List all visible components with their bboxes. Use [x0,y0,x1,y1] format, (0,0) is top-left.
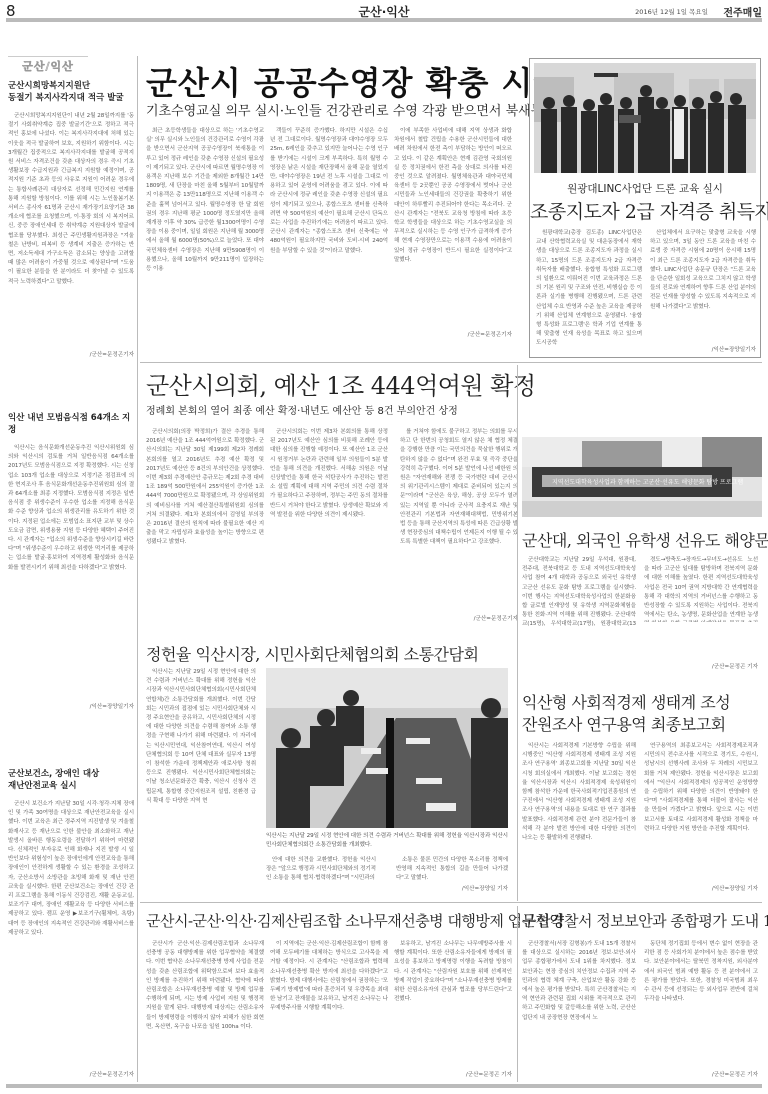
mayor-headline: 정헌율 익산시장, 시민사회단체협의회 소통간담회 [146,642,478,665]
pine-byline: /군산=문정곤 기자 [394,1070,512,1078]
headline: 군산시희망복지지원단 [8,80,134,92]
mayor-body-col-1: 익산시는 지난달 29일 시정 현안에 대한 의견 수렴과 거버넌스 확대를 위… [146,668,256,846]
pine-body-col-1: 군산시가 군산·익산·김제산림조합과 소나무재선충병 공동 대행방제를 위한 업… [146,940,264,1078]
lead-byline: /군산=문정곤기자 [394,330,512,338]
meeting-photo-caption: 익산시는 지난달 29일 시정 현안에 대한 의견 수렴과 거버넌스 확대를 위… [266,832,508,850]
council-body-col-2: 군산시의회는 이번 제3차 본회의를 통해 상정된 2017년도 예산안 심의를… [270,428,388,624]
headline: 익산 내년 모범음식점 64개소 지정 [8,412,134,436]
sidebar-article-disability: 군산보건소, 장애인 대상 재난안전교육 실시 군산시 보건소가 지난달 30일… [8,768,134,1078]
article-body: 익산시는 음식문화개선운동추진 익산시위원회 심의와 익산시의 검토를 거쳐 일… [8,444,134,702]
mayor-body-col-3: 소통은 물론 민간의 다양한 목소리를 정책에 반영해 지속적인 통합의 길을 … [396,856,508,884]
section-brand: 군산/익산 [8,56,88,72]
drone-kicker: 원광대LINC사업단 드론 교육 실시 [530,181,760,196]
mayor-body-col-2: 안에 대한 의견을 교환했다. 정헌율 익산시장은 "앞으로 행정과 시민사회단… [266,856,376,890]
drone-body-col-1: 원광대학교(총장 김도종) LINC사업단은 교내 산학협력교육실 및 대운동장… [536,229,642,349]
social-econ-body-col-2: 연구용역의 최종보고서는 사회적경제조직과 시민의식 전수조사를 시작으로 경기… [644,742,758,882]
police-byline: /군산=문정곤 기자 [644,1070,758,1078]
sidebar-article-restaurant: 익산 내년 모범음식점 64개소 지정 익산시는 음식문화개선운동추진 익산시위… [8,412,134,710]
drone-group-photo [534,63,756,173]
byline: /익산=장양일기자 [8,702,134,710]
column-divider [137,56,138,1082]
lead-body-col-2: 객들이 꾸준히 증가했다. 하지만 시설은 수십 년 전 그대로이다. 월명수영… [270,127,388,339]
drone-byline: /익산=장양일기자 [650,345,756,353]
byline: /군산=문정곤기자 [8,1070,134,1078]
police-body-col-1: 군산경찰서(서장 김형봉)가 도내 15개 경찰서를 대상으로 실시하는 201… [522,940,636,1078]
pine-body-col-2: 이 지역에는 군산·익산·김제산림조합이 함께 참여해 모두베기를 대체하는 방… [270,940,388,1078]
police-body-col-2: 동단체 정기집회 등에서 변수 없이 현장을 관리한 점 등 사회가치 분야에서… [644,940,758,1068]
bottom-rule [6,1084,762,1088]
top-rule [6,18,762,22]
exchange-body-col-2: 경도→방축도→장자도→무녀도→선유도 노선을 따라 고군산 일대를 탐방하며 전… [644,556,758,622]
section-divider [140,362,762,363]
article-body: 군산시 보건소가 지난달 30일 시각·청각·지체 장애인 및 가족 30여명을… [8,800,134,1070]
pine-headline: 군산시-군산·익산·김제산림조합 소나무재선충병 대행방제 업무협약 [146,910,564,931]
meeting-photo [266,668,508,828]
headline: 재난안전교육 실시 [8,780,134,792]
column-divider [517,365,518,901]
social-econ-byline: /익산=장양일 기자 [644,884,758,892]
sidebar-article-welfare: 군산시희망복지지원단 동절기 복지사각지대 적극 발굴 군산시희망복지지원단이 … [8,80,134,358]
social-econ-body-col-1: 익산시는 사회적경제 기본방향 수립을 위해 시행중인 '익산형 사회적경제 생… [522,742,636,892]
headline: 군산보건소, 장애인 대상 [8,768,134,780]
lead-headline: 군산시 공공수영장 확충 시급 [146,58,565,104]
lead-body-col-3: 이에 부족한 사업비에 대해 지역 상생과 화합 차원에서 철탑 건립을 수용한… [394,127,512,329]
council-byline: /군산=문정곤기자 [400,614,518,622]
byline: /군산=문정곤기자 [8,350,134,358]
council-body-col-1: 군산시의회(의장 박정희)가 결산 추경을 통해 2016년 예산을 1조 44… [146,428,264,624]
svg-text:지역선도대학육성사업과 함께하는 고군산·선유도 해양문화: 지역선도대학육성사업과 함께하는 고군산·선유도 해양문화 탐방 프로그램 [552,478,743,486]
drone-article-box: 원광대LINC사업단 드론 교육 실시 조종지도자 2급 자격증 취득자 15명… [529,58,761,358]
drone-body-col-2: 산업체에서 요구하는 맞춤형 교육을 시행하고 있으며, 3일 동안 드론 교육… [650,229,756,339]
social-econ-headline-1: 익산형 사회적경제 생태계 조성 [522,690,730,713]
article-body: 군산시희망복지지원단이 내년 2월 28일까지를 '동절기 사회취약계층 집중 … [8,112,134,350]
lead-subhead: 기초수영교실 의무 실시·노인들 건강관리로 수영 각광 받으면서 북새통 [146,100,543,119]
column-divider [517,906,518,1082]
issue-date: 2016년 12월 1일 목요일 [635,7,708,16]
council-subhead: 정례회 본회의 열어 최종 예산 확정·내년도 예산안 등 8건 부의안건 상정 [146,402,458,417]
newspaper-name: 전주매일 [723,4,762,19]
council-headline: 군산시의회, 예산 1조 444억여원 확정 [146,366,536,401]
exchange-byline: /군산=문정곤 기자 [644,662,758,670]
council-body-col-3: 를 거쳐야 함에도 불구하고 정부는 의회를 무시하고 단 한번의 공청회도 열… [400,428,518,614]
exchange-body-col-1: 군산대학교는 지난달 29일 우석대, 원광대, 전주대, 전북대학교 등 도내… [522,556,636,626]
police-headline: 군산경찰서 정보보안과 종합평가 도내 1위 [522,910,768,931]
pine-body-col-3: 보유하고, 남겨진 소나무는 나무예방주사를 시행할 계획이다. 또한 산림소유… [394,940,512,1068]
drone-headline: 조종지도자 2급 자격증 취득자 15명 배출 [530,197,760,224]
exchange-headline: 군산대, 외국인 유학생 선유도 해양문화 탐방 [522,528,768,551]
headline: 동절기 복지사각지대 적극 발굴 [8,92,134,104]
brand-label: 군산/익산 [8,58,88,74]
social-econ-headline-2: 잔원조사 연구용역 최종보고회 [522,712,726,735]
mayor-byline: /익산=장양일 기자 [396,884,508,892]
lead-body-col-1: 최근 초등학생들을 대상으로 하는 '기초수영교실' 의무 실시와 노인들의 건… [146,127,264,339]
section-divider [140,902,762,903]
students-group-photo: 지역선도대학육성사업과 함께하는 고군산·선유도 해양문화 탐방 프로그램 [522,437,762,517]
